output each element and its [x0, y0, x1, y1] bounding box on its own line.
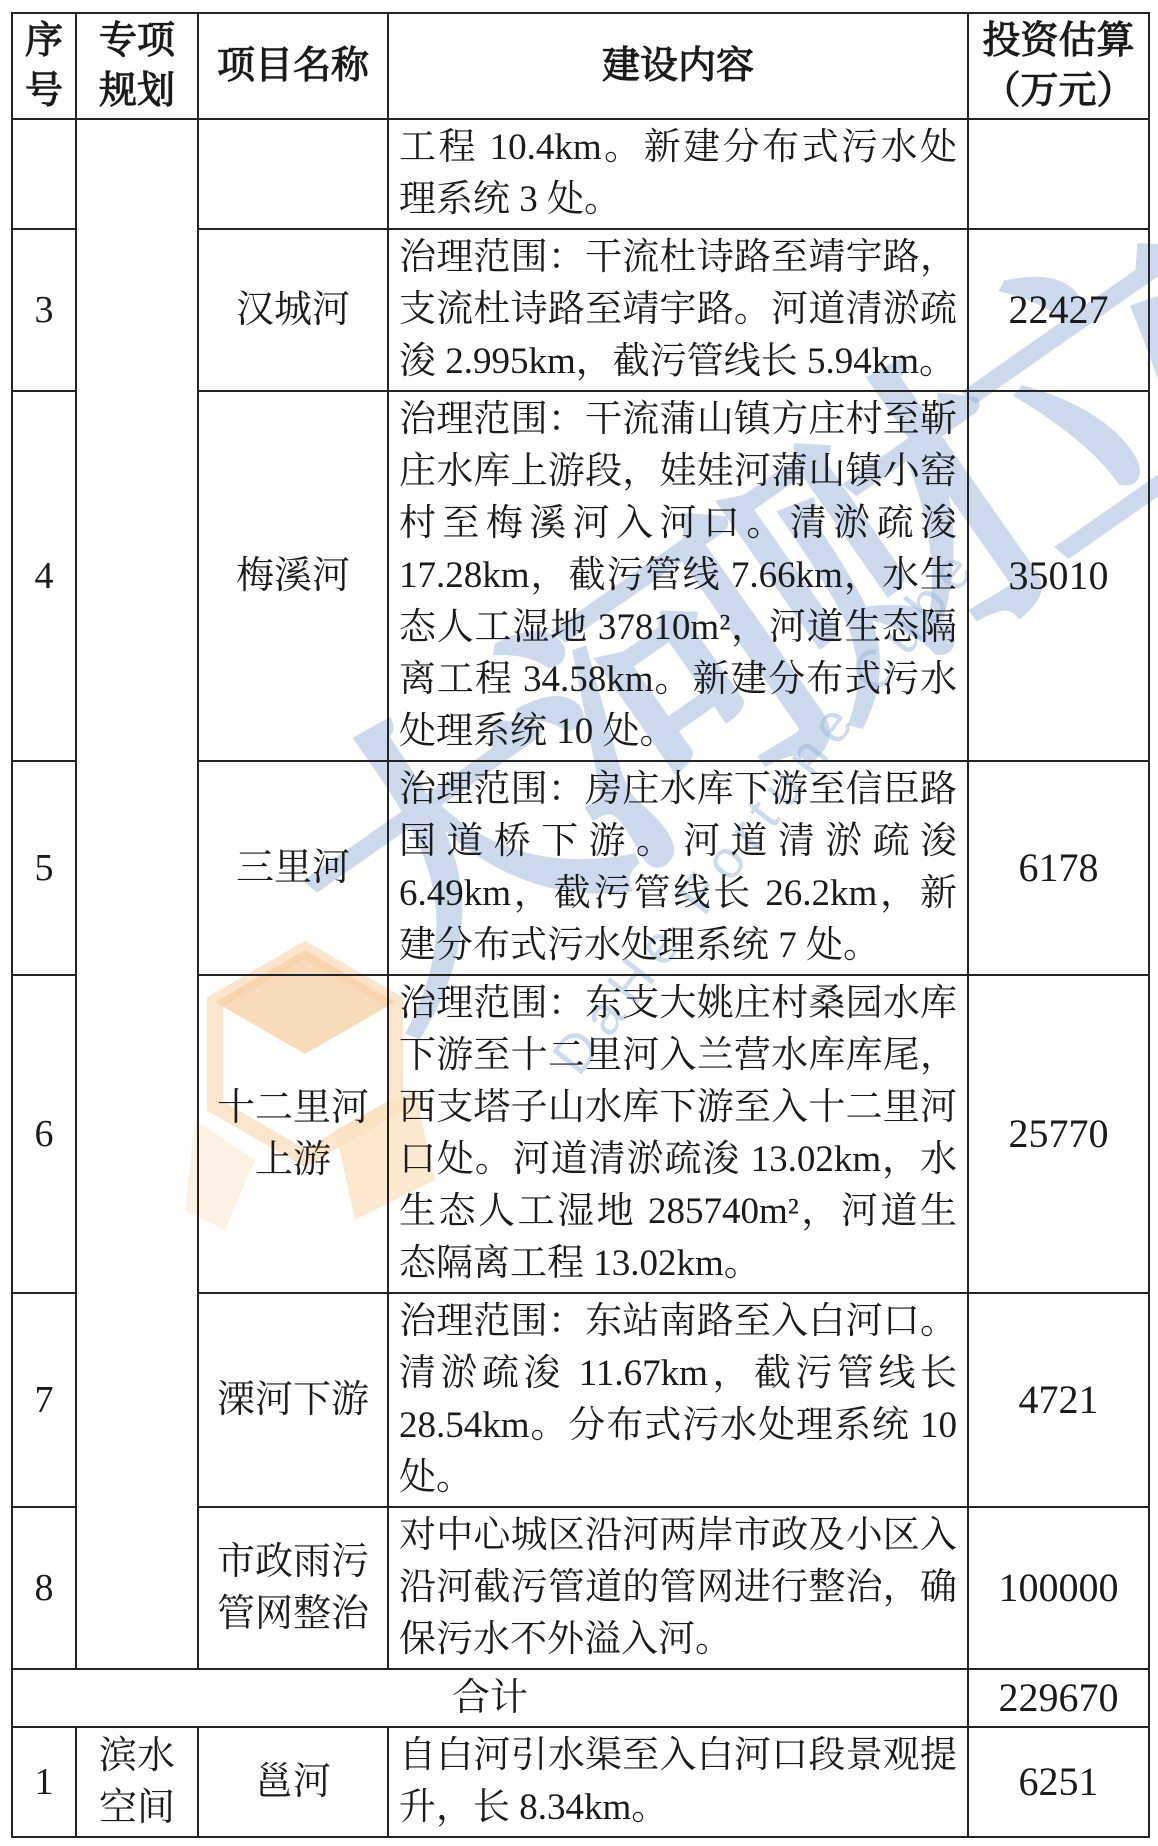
header-seq: 序 号 — [12, 13, 76, 119]
project-name-cell: 三里河 — [198, 761, 388, 975]
investment-cell: 22427 — [968, 229, 1149, 391]
project-name-cell: 梅溪河 — [198, 391, 388, 761]
project-name-cell: 溧河下游 — [198, 1293, 388, 1507]
content-cell: 自白河引水渠至入白河口段景观提升，长 8.34km。 — [388, 1727, 968, 1837]
investment-cell: 6178 — [968, 761, 1149, 975]
total-label-cell: 合计 — [12, 1669, 968, 1727]
header-content: 建设内容 — [388, 13, 968, 119]
header-plan: 专项 规划 — [76, 13, 198, 119]
table-row-continuation: 工程 10.4km。新建分布式污水处理系统 3 处。 — [12, 119, 1149, 229]
seq-cell: 3 — [12, 229, 76, 391]
header-project-name: 项目名称 — [198, 13, 388, 119]
content-cell: 治理范围：东支大姚庄村桑园水库下游至十二里河入兰营水库库尾，西支塔子山水库下游至… — [388, 975, 968, 1293]
seq-cell: 1 — [12, 1727, 76, 1837]
project-name-cell — [198, 119, 388, 229]
project-name-cell: 市政雨污 管网整治 — [198, 1507, 388, 1669]
total-value-cell: 229670 — [968, 1669, 1149, 1727]
header-investment: 投资估算 （万元） — [968, 13, 1149, 119]
total-row: 合计 229670 — [12, 1669, 1149, 1727]
content-cell: 对中心城区沿河两岸市政及小区入沿河截污管道的管网进行整治，确保污水不外溢入河。 — [388, 1507, 968, 1669]
seq-cell: 8 — [12, 1507, 76, 1669]
content-cell: 治理范围：干流蒲山镇方庄村至靳庄水库上游段，娃娃河蒲山镇小窑村至梅溪河入河口。清… — [388, 391, 968, 761]
seq-cell — [12, 119, 76, 229]
table-row-binshuikongjian-1: 1 滨水 空间 邕河 自白河引水渠至入白河口段景观提升，长 8.34km。 62… — [12, 1727, 1149, 1837]
investment-cell: 6251 — [968, 1727, 1149, 1837]
investment-cell: 25770 — [968, 975, 1149, 1293]
project-name-cell: 邕河 — [198, 1727, 388, 1837]
seq-cell: 7 — [12, 1293, 76, 1507]
investment-cell: 100000 — [968, 1507, 1149, 1669]
document-page: { "table": { "headers": { "seq": "序\n号",… — [0, 0, 1158, 1846]
seq-cell: 6 — [12, 975, 76, 1293]
seq-cell: 5 — [12, 761, 76, 975]
project-name-cell: 汉城河 — [198, 229, 388, 391]
investment-cell: 4721 — [968, 1293, 1149, 1507]
content-cell: 工程 10.4km。新建分布式污水处理系统 3 处。 — [388, 119, 968, 229]
header-row: 序 号 专项 规划 项目名称 建设内容 投资估算 （万元） — [12, 13, 1149, 119]
content-cell: 治理范围：东站南路至入白河口。清淤疏浚 11.67km，截污管线长 28.54k… — [388, 1293, 968, 1507]
projects-table: 序 号 专项 规划 项目名称 建设内容 投资估算 （万元） 工程 10.4km。… — [11, 12, 1150, 1838]
investment-cell: 35010 — [968, 391, 1149, 761]
content-cell: 治理范围：干流杜诗路至靖宇路，支流杜诗路至靖宇路。河道清淤疏浚 2.995km，… — [388, 229, 968, 391]
plan-merged-cell — [76, 119, 198, 1669]
project-name-cell: 十二里河 上游 — [198, 975, 388, 1293]
seq-cell: 4 — [12, 391, 76, 761]
plan-cell: 滨水 空间 — [76, 1727, 198, 1837]
investment-cell — [968, 119, 1149, 229]
content-cell: 治理范围：房庄水库下游至信臣路国道桥下游。河道清淤疏浚 6.49km，截污管线长… — [388, 761, 968, 975]
